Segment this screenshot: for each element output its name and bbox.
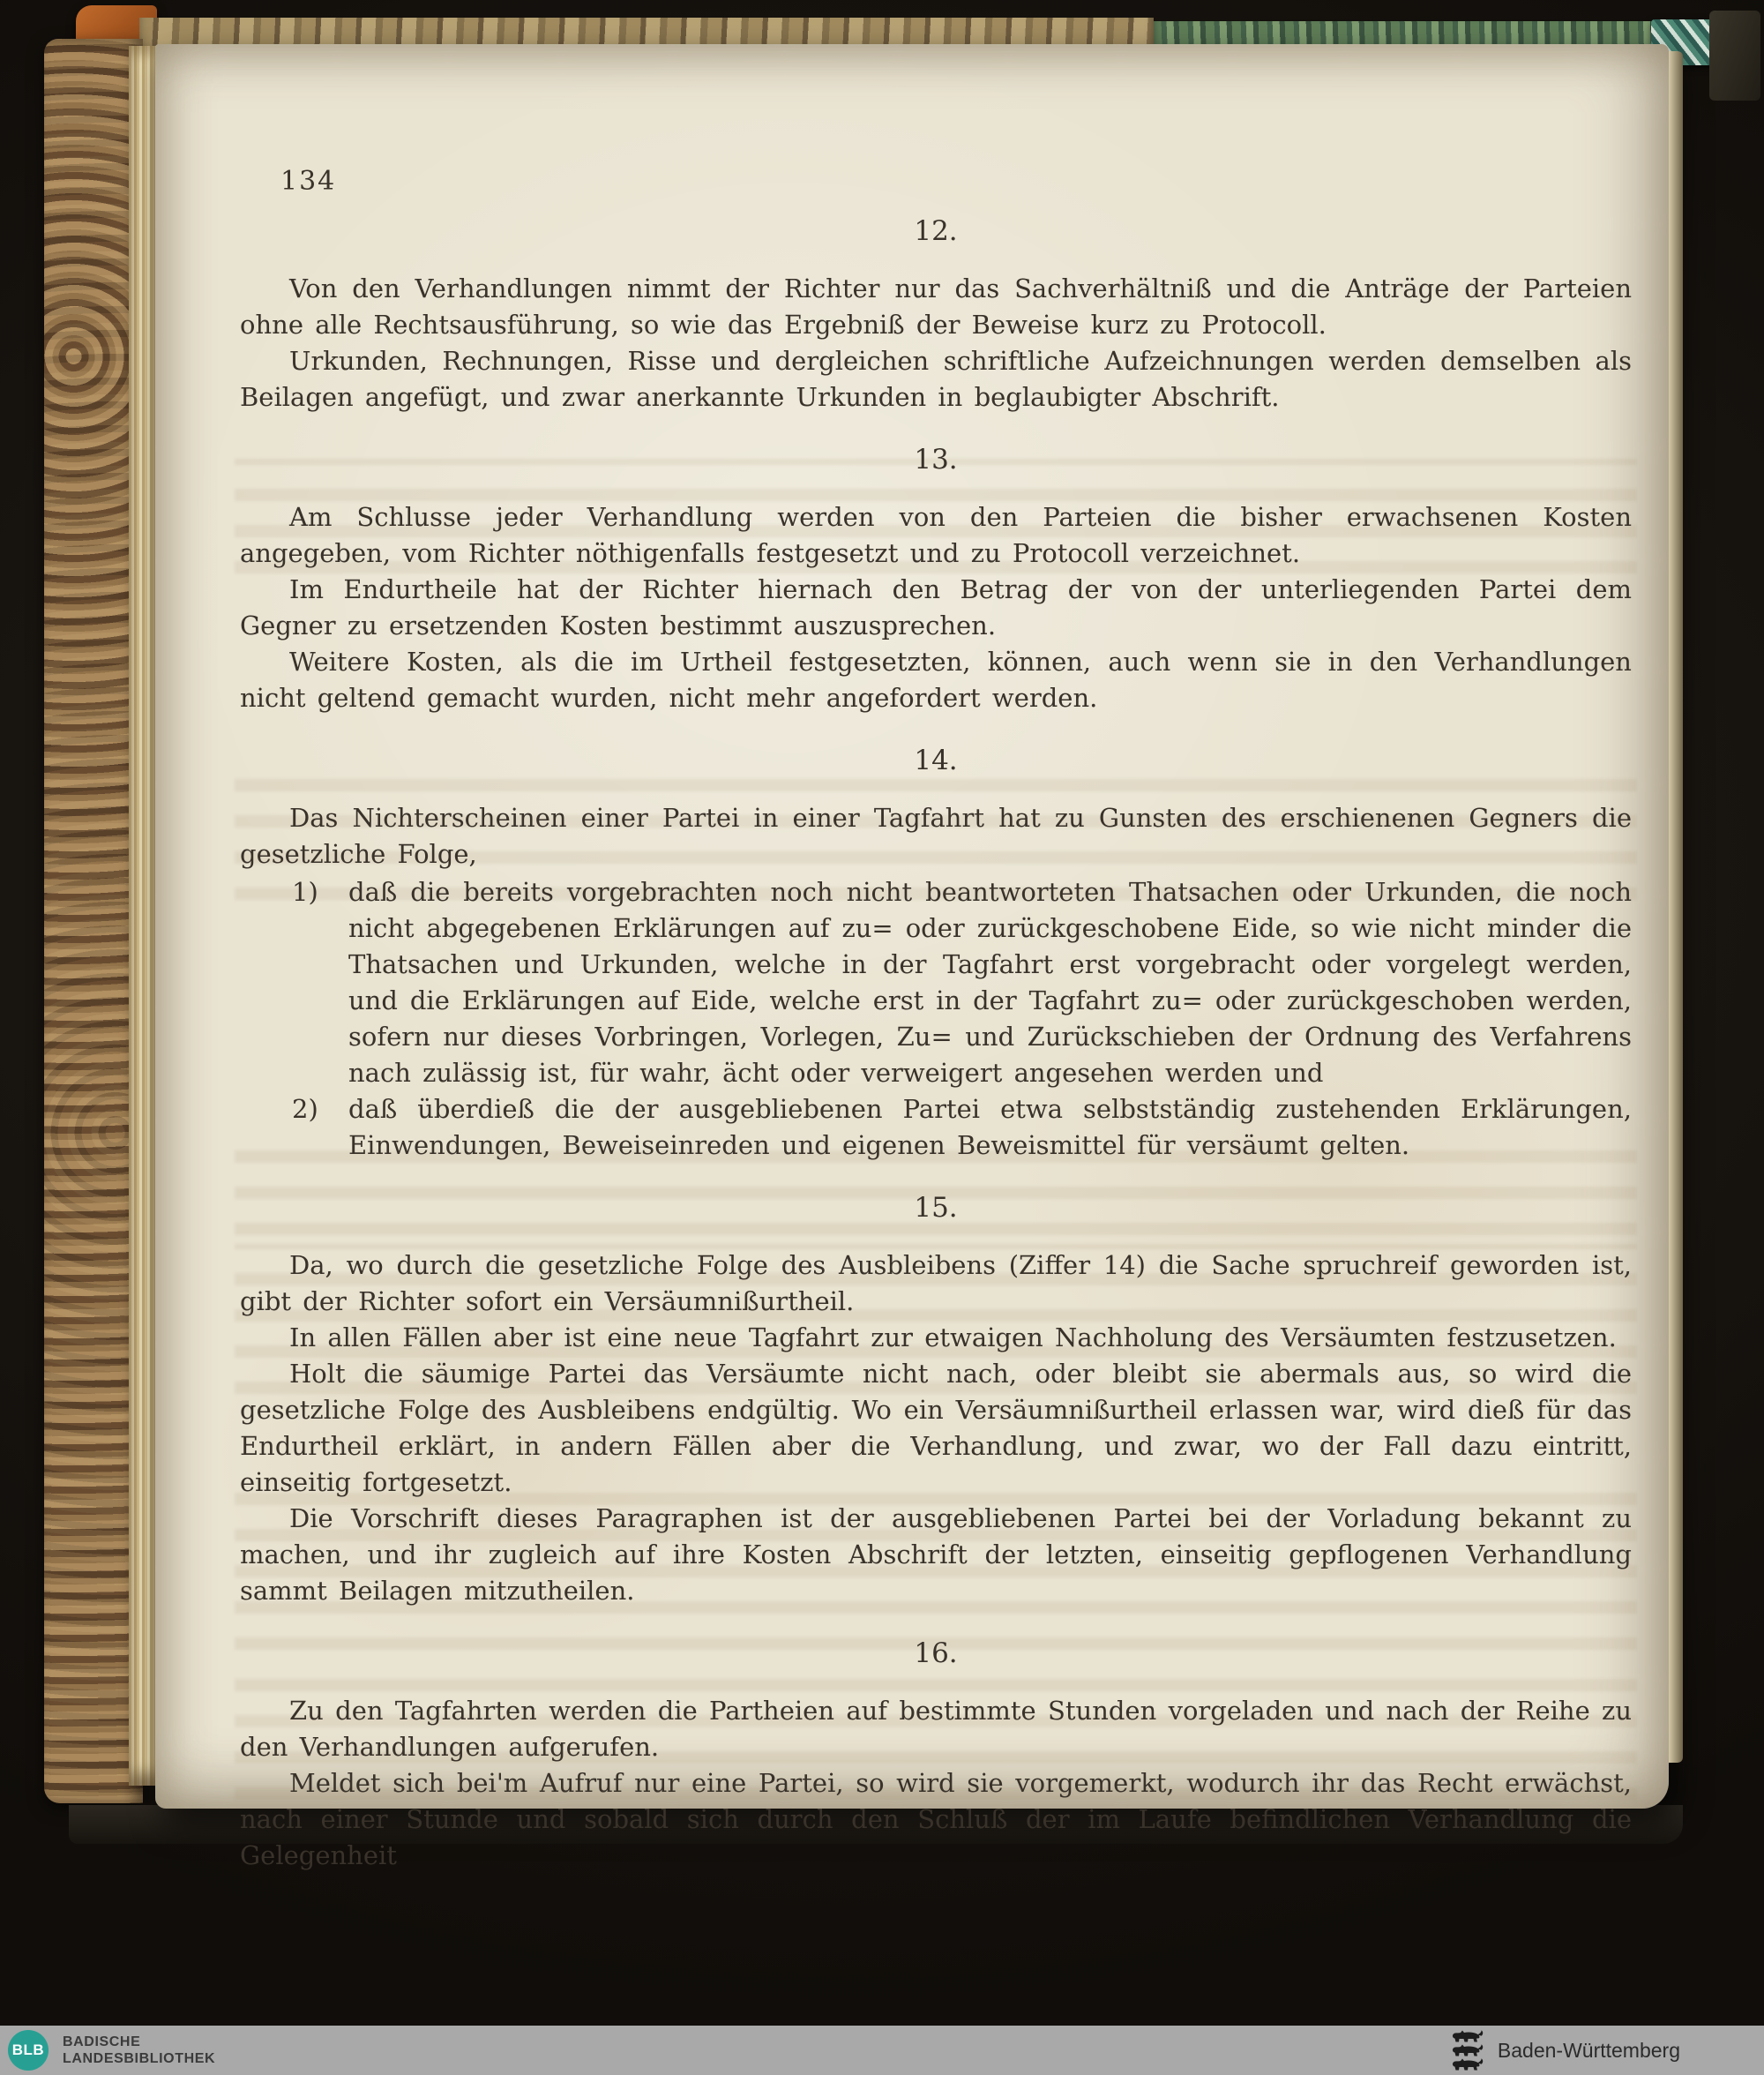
paragraph: Von den Verhandlungen nimmt der Richter … — [240, 271, 1632, 343]
paragraph: Das Nichterscheinen einer Partei in eine… — [240, 800, 1632, 873]
viewer-footer-bar: BLB BADISCHE LANDESBIBLIOTHEK Baden-Würt… — [0, 2026, 1764, 2075]
book-page: 134 12. Von den Verhandlungen nimmt der … — [155, 44, 1669, 1809]
library-logo-link[interactable]: BLB BADISCHE LANDESBIBLIOTHEK — [8, 2030, 215, 2071]
library-name: BADISCHE LANDESBIBLIOTHEK — [63, 2034, 215, 2067]
section-heading-15: 15. — [240, 1190, 1632, 1226]
page-number: 134 — [280, 166, 336, 197]
paragraph: Urkunden, Rechnungen, Risse und dergleic… — [240, 343, 1632, 416]
book-right-page-edge — [1669, 51, 1683, 1763]
page-text: 12. Von den Verhandlungen nimmt der Rich… — [240, 210, 1632, 1874]
paragraph: Holt die säumige Partei das Versäumte ni… — [240, 1356, 1632, 1501]
list-item-text: daß überdieß die der ausgebliebenen Part… — [348, 1094, 1632, 1160]
numbered-list: 1) daß die bereits vorgebrachten noch ni… — [348, 874, 1632, 1164]
section-heading-13: 13. — [240, 442, 1632, 478]
section-heading-14: 14. — [240, 743, 1632, 779]
scanned-book-photo: 134 12. Von den Verhandlungen nimmt der … — [0, 0, 1764, 2075]
paragraph: Im Endurtheile hat der Richter hiernach … — [240, 572, 1632, 644]
paragraph: Zu den Tagfahrten werden die Partheien a… — [240, 1693, 1632, 1765]
paragraph: Am Schlusse jeder Verhandlung werden von… — [240, 499, 1632, 572]
book-page-edges-left — [129, 46, 159, 1786]
library-name-line1: BADISCHE — [63, 2034, 215, 2050]
book-right-board-corner — [1709, 11, 1760, 101]
baden-wuerttemberg-lions-icon — [1450, 2030, 1485, 2071]
list-item-marker: 2) — [292, 1091, 318, 1127]
section-heading-12: 12. — [240, 213, 1632, 250]
paragraph: Meldet sich bei'm Aufruf nur eine Partei… — [240, 1765, 1632, 1874]
list-item: 2) daß überdieß die der ausgebliebenen P… — [348, 1091, 1632, 1164]
state-logo-link[interactable]: Baden-Württemberg — [1450, 2026, 1680, 2075]
list-item-marker: 1) — [292, 874, 318, 910]
library-name-line2: LANDESBIBLIOTHEK — [63, 2050, 215, 2067]
list-item-text: daß die bereits vorgebrachten noch nicht… — [348, 877, 1632, 1088]
paragraph: Die Vorschrift dieses Paragraphen ist de… — [240, 1501, 1632, 1609]
list-item: 1) daß die bereits vorgebrachten noch ni… — [348, 874, 1632, 1091]
section-heading-16: 16. — [240, 1636, 1632, 1672]
blb-logo-icon: BLB — [8, 2030, 49, 2071]
paragraph: In allen Fällen aber ist eine neue Tagfa… — [240, 1320, 1632, 1356]
paragraph: Da, wo durch die gesetzliche Folge des A… — [240, 1247, 1632, 1320]
state-name: Baden-Württemberg — [1498, 2039, 1680, 2063]
paragraph: Weitere Kosten, als die im Urtheil festg… — [240, 644, 1632, 716]
